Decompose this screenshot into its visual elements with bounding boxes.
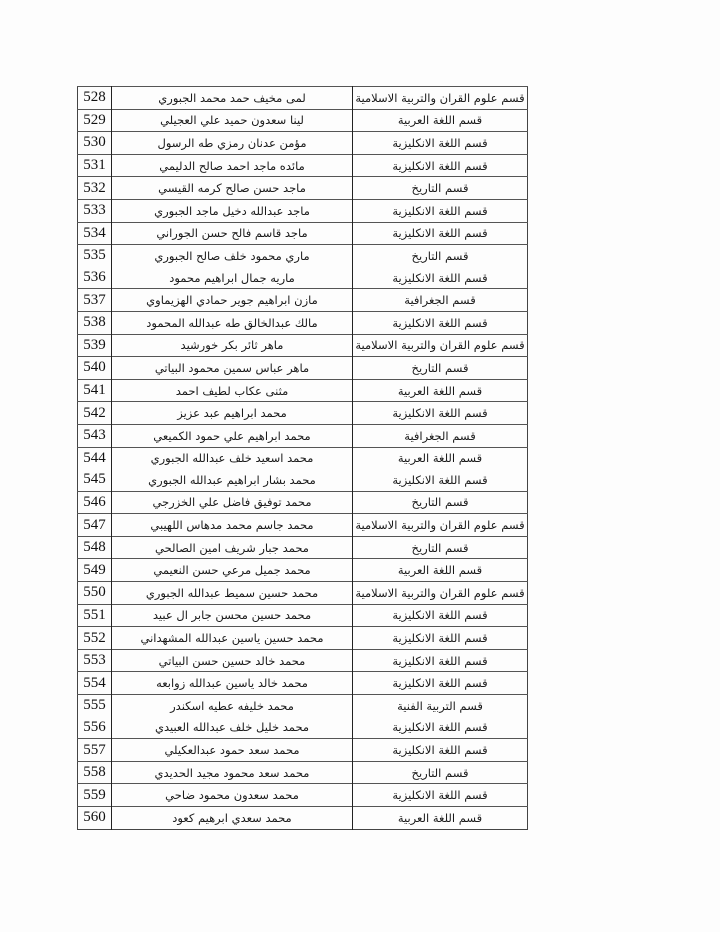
- row-number-cell: 557: [78, 739, 112, 762]
- table-row: 544محمد اسعيد خلف عبدالله الجبوريقسم الل…: [78, 447, 528, 469]
- row-number-cell: 545: [78, 469, 112, 491]
- table-row: 543محمد ابراهيم علي حمود الكميعيقسم الجغ…: [78, 424, 528, 447]
- table-row: 557محمد سعد حمود عبدالعكيليقسم اللغة الا…: [78, 739, 528, 762]
- student-name-cell: محمد اسعيد خلف عبدالله الجبوري: [112, 447, 353, 469]
- student-name-cell: محمد حسين سميط عبدالله الجبوري: [112, 582, 353, 605]
- student-name-cell: لينا سعدون حميد علي العجيلي: [112, 109, 353, 132]
- row-number-cell: 531: [78, 154, 112, 177]
- student-name-cell: ماجد عبدالله دخيل ماجد الجبوري: [112, 199, 353, 222]
- department-cell: قسم علوم القران والتربية الاسلامية: [353, 514, 528, 537]
- table-row: 535ماري محمود خلف صالح الجبوريقسم التاري…: [78, 245, 528, 267]
- row-number-cell: 541: [78, 379, 112, 402]
- department-cell: قسم اللغة الانكليزية: [353, 267, 528, 289]
- department-cell: قسم اللغة الانكليزية: [353, 199, 528, 222]
- department-cell: قسم التاريخ: [353, 761, 528, 784]
- table-row: 551محمد حسين محسن جابر ال عبيدقسم اللغة …: [78, 604, 528, 627]
- department-cell: قسم اللغة الانكليزية: [353, 222, 528, 245]
- table-row: 538مالك عبدالخالق طه عبدالله المحمودقسم …: [78, 311, 528, 334]
- student-roster-table: 528لمى مخيف حمد محمد الجبوريقسم علوم الق…: [77, 86, 528, 830]
- table-row: 556محمد خليل خلف عبدالله العبيديقسم اللغ…: [78, 717, 528, 739]
- department-cell: قسم اللغة الانكليزية: [353, 604, 528, 627]
- table-row: 529لينا سعدون حميد علي العجيليقسم اللغة …: [78, 109, 528, 132]
- department-cell: قسم اللغة العربية: [353, 807, 528, 830]
- student-name-cell: محمد سعد حمود عبدالعكيلي: [112, 739, 353, 762]
- department-cell: قسم اللغة العربية: [353, 379, 528, 402]
- student-name-cell: محمد سعدون محمود ضاحي: [112, 784, 353, 807]
- table-row: 536ماريه جمال ابراهيم محمودقسم اللغة الا…: [78, 267, 528, 289]
- table-row: 559محمد سعدون محمود ضاحيقسم اللغة الانكل…: [78, 784, 528, 807]
- document-page: 528لمى مخيف حمد محمد الجبوريقسم علوم الق…: [0, 0, 720, 932]
- row-number-cell: 548: [78, 536, 112, 559]
- department-cell: قسم اللغة الانكليزية: [353, 154, 528, 177]
- department-cell: قسم علوم القران والتربية الاسلامية: [353, 582, 528, 605]
- student-name-cell: ماهر ثائر بكر خورشيد: [112, 334, 353, 357]
- row-number-cell: 536: [78, 267, 112, 289]
- department-cell: قسم اللغة العربية: [353, 109, 528, 132]
- table-row: 531مائده ماجد احمد صالح الدليميقسم اللغة…: [78, 154, 528, 177]
- row-number-cell: 528: [78, 87, 112, 110]
- student-name-cell: محمد خليفه عطيه اسكندر: [112, 695, 353, 717]
- table-row: 534ماجد قاسم فالح حسن الجورانيقسم اللغة …: [78, 222, 528, 245]
- row-number-cell: 560: [78, 807, 112, 830]
- student-name-cell: محمد حسين محسن جابر ال عبيد: [112, 604, 353, 627]
- department-cell: قسم اللغة الانكليزية: [353, 469, 528, 491]
- department-cell: قسم علوم القران والتربية الاسلامية: [353, 334, 528, 357]
- student-name-cell: محمد خالد حسين حسن البياتي: [112, 649, 353, 672]
- row-number-cell: 556: [78, 717, 112, 739]
- table-row: 537مازن ابراهيم جوير حمادي الهزيماويقسم …: [78, 289, 528, 312]
- row-number-cell: 529: [78, 109, 112, 132]
- row-number-cell: 540: [78, 357, 112, 380]
- department-cell: قسم اللغة العربية: [353, 447, 528, 469]
- student-name-cell: محمد توفيق فاضل علي الخزرجي: [112, 491, 353, 514]
- department-cell: قسم اللغة الانكليزية: [353, 627, 528, 650]
- row-number-cell: 535: [78, 245, 112, 267]
- student-name-cell: ماريه جمال ابراهيم محمود: [112, 267, 353, 289]
- student-name-cell: محمد خالد ياسين عبدالله زوابعه: [112, 672, 353, 695]
- student-name-cell: محمد ابراهيم علي حمود الكميعي: [112, 424, 353, 447]
- student-name-cell: محمد ابراهيم عبد عزيز: [112, 402, 353, 425]
- student-name-cell: محمد سعدي ابرهيم كعود: [112, 807, 353, 830]
- table-row: 528لمى مخيف حمد محمد الجبوريقسم علوم الق…: [78, 87, 528, 110]
- row-number-cell: 533: [78, 199, 112, 222]
- student-name-cell: لمى مخيف حمد محمد الجبوري: [112, 87, 353, 110]
- table-row: 541مثنى عكاب لطيف احمدقسم اللغة العربية: [78, 379, 528, 402]
- department-cell: قسم اللغة الانكليزية: [353, 784, 528, 807]
- table-row: 542محمد ابراهيم عبد عزيزقسم اللغة الانكل…: [78, 402, 528, 425]
- row-number-cell: 550: [78, 582, 112, 605]
- row-number-cell: 538: [78, 311, 112, 334]
- row-number-cell: 552: [78, 627, 112, 650]
- student-name-cell: محمد جميل مرعي حسن النعيمي: [112, 559, 353, 582]
- department-cell: قسم التاريخ: [353, 357, 528, 380]
- student-name-cell: ماري محمود خلف صالح الجبوري: [112, 245, 353, 267]
- row-number-cell: 547: [78, 514, 112, 537]
- row-number-cell: 551: [78, 604, 112, 627]
- student-name-cell: محمد جبار شريف امين الصالحي: [112, 536, 353, 559]
- department-cell: قسم اللغة الانكليزية: [353, 649, 528, 672]
- department-cell: قسم التاريخ: [353, 245, 528, 267]
- row-number-cell: 543: [78, 424, 112, 447]
- department-cell: قسم اللغة الانكليزية: [353, 739, 528, 762]
- table-row: 555محمد خليفه عطيه اسكندرقسم التربية الف…: [78, 695, 528, 717]
- row-number-cell: 555: [78, 695, 112, 717]
- table-row: 547محمد جاسم محمد مدهاس اللهيبيقسم علوم …: [78, 514, 528, 537]
- department-cell: قسم اللغة الانكليزية: [353, 717, 528, 739]
- row-number-cell: 544: [78, 447, 112, 469]
- row-number-cell: 559: [78, 784, 112, 807]
- row-number-cell: 539: [78, 334, 112, 357]
- row-number-cell: 546: [78, 491, 112, 514]
- row-number-cell: 542: [78, 402, 112, 425]
- table-row: 532ماجد حسن صالح كرمه القيسيقسم التاريخ: [78, 177, 528, 200]
- table-row: 533ماجد عبدالله دخيل ماجد الجبوريقسم الل…: [78, 199, 528, 222]
- student-name-cell: محمد حسين ياسين عبدالله المشهداني: [112, 627, 353, 650]
- student-name-cell: محمد جاسم محمد مدهاس اللهيبي: [112, 514, 353, 537]
- student-name-cell: مالك عبدالخالق طه عبدالله المحمود: [112, 311, 353, 334]
- row-number-cell: 530: [78, 132, 112, 155]
- department-cell: قسم اللغة الانكليزية: [353, 672, 528, 695]
- row-number-cell: 537: [78, 289, 112, 312]
- row-number-cell: 558: [78, 761, 112, 784]
- student-name-cell: ماجد قاسم فالح حسن الجوراني: [112, 222, 353, 245]
- department-cell: قسم علوم القران والتربية الاسلامية: [353, 87, 528, 110]
- table-row: 552محمد حسين ياسين عبدالله المشهدانيقسم …: [78, 627, 528, 650]
- table-row: 553محمد خالد حسين حسن البياتيقسم اللغة ا…: [78, 649, 528, 672]
- department-cell: قسم اللغة الانكليزية: [353, 132, 528, 155]
- student-name-cell: محمد بشار ابراهيم عبدالله الجبوري: [112, 469, 353, 491]
- table-row: 558محمد سعد محمود مجيد الحديديقسم التاري…: [78, 761, 528, 784]
- student-name-cell: مائده ماجد احمد صالح الدليمي: [112, 154, 353, 177]
- department-cell: قسم التاريخ: [353, 536, 528, 559]
- table-row: 539ماهر ثائر بكر خورشيدقسم علوم القران و…: [78, 334, 528, 357]
- row-number-cell: 554: [78, 672, 112, 695]
- table-row: 554محمد خالد ياسين عبدالله زوابعهقسم الل…: [78, 672, 528, 695]
- student-name-cell: ماهر عباس سمين محمود البياتي: [112, 357, 353, 380]
- table-row: 546محمد توفيق فاضل علي الخزرجيقسم التاري…: [78, 491, 528, 514]
- row-number-cell: 553: [78, 649, 112, 672]
- row-number-cell: 534: [78, 222, 112, 245]
- table-row: 548محمد جبار شريف امين الصالحيقسم التاري…: [78, 536, 528, 559]
- row-number-cell: 549: [78, 559, 112, 582]
- table-row: 550محمد حسين سميط عبدالله الجبوريقسم علو…: [78, 582, 528, 605]
- student-name-cell: محمد خليل خلف عبدالله العبيدي: [112, 717, 353, 739]
- student-name-cell: محمد سعد محمود مجيد الحديدي: [112, 761, 353, 784]
- department-cell: قسم التربية الفنية: [353, 695, 528, 717]
- student-name-cell: مازن ابراهيم جوير حمادي الهزيماوي: [112, 289, 353, 312]
- department-cell: قسم الجغرافية: [353, 424, 528, 447]
- row-number-cell: 532: [78, 177, 112, 200]
- department-cell: قسم التاريخ: [353, 177, 528, 200]
- student-name-cell: مثنى عكاب لطيف احمد: [112, 379, 353, 402]
- department-cell: قسم اللغة العربية: [353, 559, 528, 582]
- student-name-cell: مؤمن عدنان رمزي طه الرسول: [112, 132, 353, 155]
- student-name-cell: ماجد حسن صالح كرمه القيسي: [112, 177, 353, 200]
- table-row: 545محمد بشار ابراهيم عبدالله الجبوريقسم …: [78, 469, 528, 491]
- roster-body: 528لمى مخيف حمد محمد الجبوريقسم علوم الق…: [78, 87, 528, 830]
- table-row: 560محمد سعدي ابرهيم كعودقسم اللغة العربي…: [78, 807, 528, 830]
- department-cell: قسم التاريخ: [353, 491, 528, 514]
- department-cell: قسم اللغة الانكليزية: [353, 402, 528, 425]
- department-cell: قسم الجغرافية: [353, 289, 528, 312]
- table-row: 549محمد جميل مرعي حسن النعيميقسم اللغة ا…: [78, 559, 528, 582]
- table-row: 540ماهر عباس سمين محمود البياتيقسم التار…: [78, 357, 528, 380]
- table-row: 530مؤمن عدنان رمزي طه الرسولقسم اللغة ال…: [78, 132, 528, 155]
- department-cell: قسم اللغة الانكليزية: [353, 311, 528, 334]
